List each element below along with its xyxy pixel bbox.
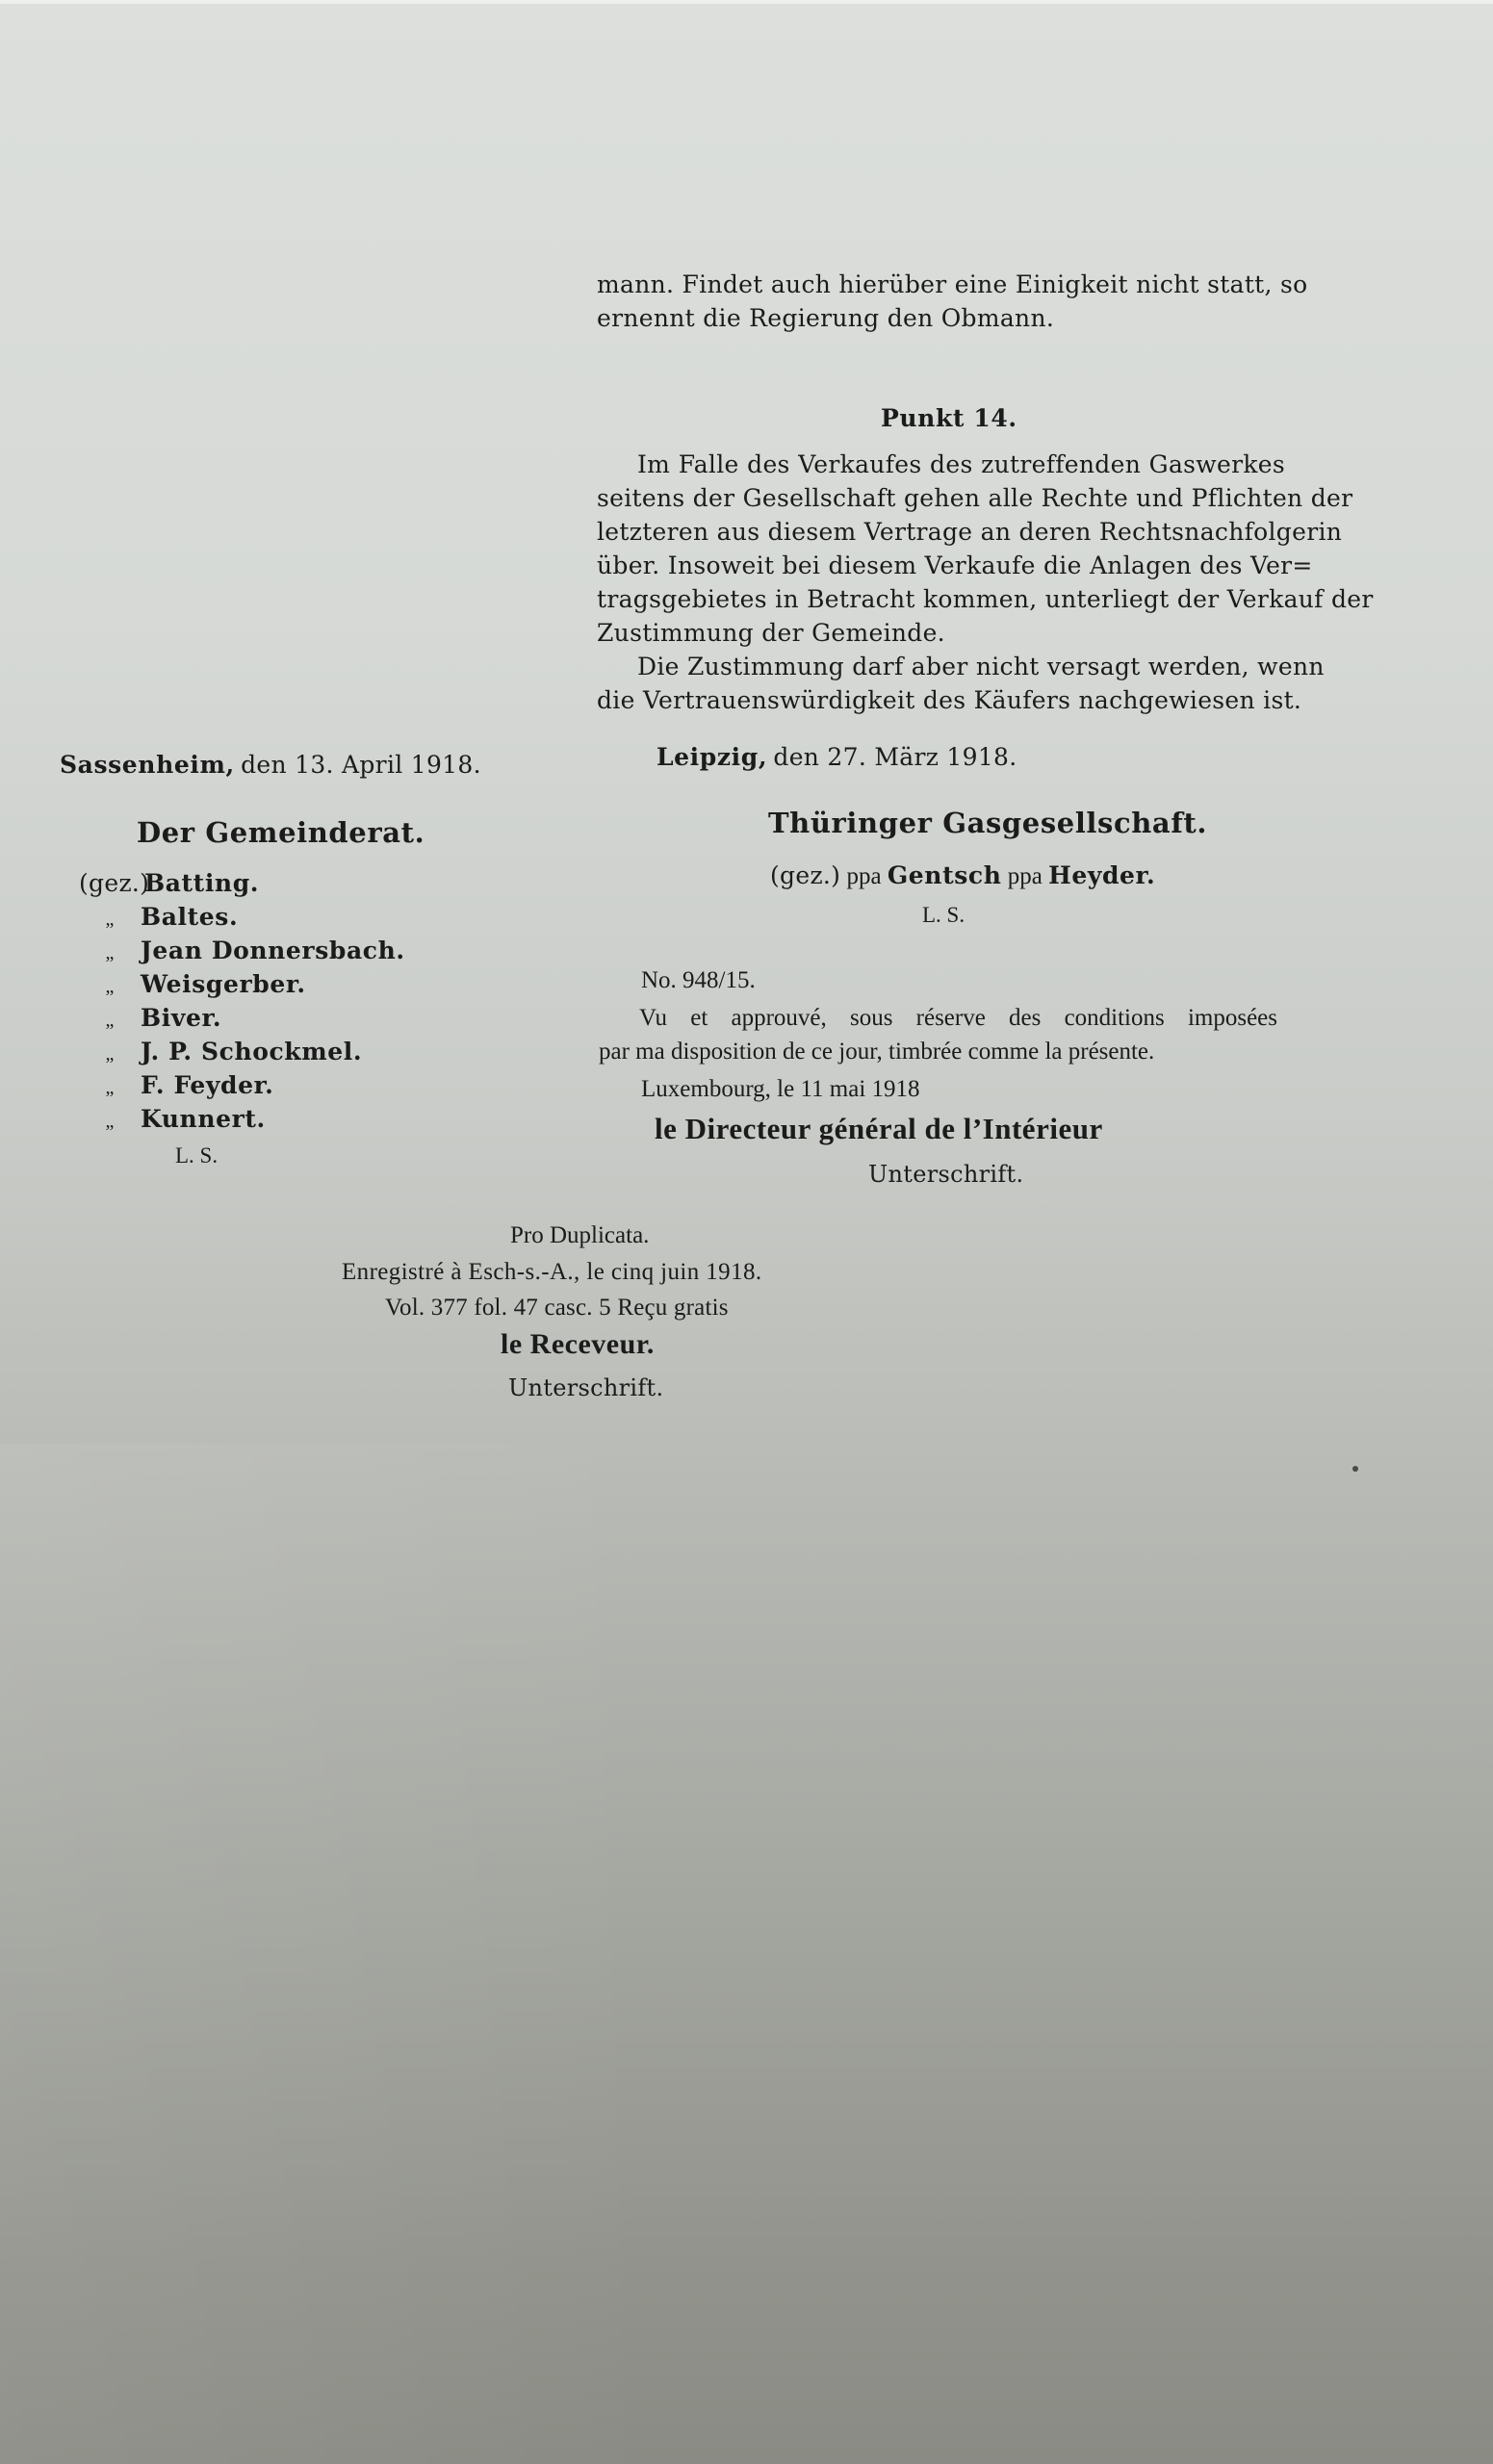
signatory-name: Biver. — [141, 1004, 221, 1032]
paper-speck — [1352, 1466, 1358, 1472]
signatory-row: „Jean Donnersbach. — [79, 934, 405, 967]
text-line: letzteren aus diesem Vertrage an deren R… — [597, 515, 1285, 549]
signatory-row: „F. Feyder. — [79, 1068, 273, 1102]
signatory-row: (gez.)Batting. — [79, 866, 259, 900]
signatory-name: Batting. — [144, 869, 259, 897]
approval-place-date: Luxembourg, le 11 mai 1918 — [641, 1076, 920, 1103]
signer-name: Gentsch — [888, 861, 1002, 889]
registration-signature: Unterschrift. — [508, 1374, 663, 1401]
left-seal: L. S. — [175, 1143, 218, 1168]
text-line: Im Falle des Verkaufes des zutreffenden … — [597, 448, 1285, 481]
right-seal: L. S. — [922, 903, 965, 928]
signatory-name: Baltes. — [141, 903, 238, 931]
text-line: Zustimmung der Gemeinde. — [597, 616, 1285, 650]
signer-name: Heyder. — [1048, 861, 1155, 889]
signed-prefix: (gez.) — [770, 861, 840, 889]
approval-authority: le Directeur général de l’Intérieur — [655, 1112, 1103, 1146]
approval-number: No. 948/15. — [641, 967, 756, 994]
company-signers: (gez.) ppa Gentsch ppa Heyder. — [770, 861, 1155, 890]
signatory-name: Kunnert. — [141, 1105, 266, 1133]
section-paragraph-1: Im Falle des Verkaufes des zutreffenden … — [597, 448, 1285, 650]
signatory-row: „Baltes. — [79, 900, 238, 934]
registration-authority: le Receveur. — [501, 1328, 655, 1361]
text-line: Vu et approuvé, sous réserve des conditi… — [599, 1001, 1277, 1035]
left-body-title: Der Gemeinderat. — [137, 816, 425, 849]
ditto-mark: „ — [79, 1071, 141, 1105]
text-line: ernennt die Regierung den Obmann. — [597, 301, 1285, 335]
section-heading: Punkt 14. — [881, 404, 1017, 432]
right-date: den 27. März 1918. — [773, 743, 1017, 771]
signatory-row: „Biver. — [79, 1001, 221, 1035]
ppa-label: ppa — [846, 863, 881, 889]
text-line: Die Zustimmung darf aber nicht versagt w… — [597, 650, 1285, 683]
left-date: den 13. April 1918. — [241, 751, 481, 779]
right-place-date: Leipzig, den 27. März 1918. — [656, 743, 1017, 772]
page-top-edge — [0, 0, 1493, 4]
registration-title: Pro Duplicata. — [510, 1222, 649, 1249]
paper-shading — [0, 1444, 674, 2464]
continuation-paragraph: mann. Findet auch hierüber eine Einigkei… — [597, 268, 1285, 335]
signatory-row: „J. P. Schockmel. — [79, 1035, 362, 1068]
text-line: die Vertrauenswürdigkeit des Käufers nac… — [597, 683, 1285, 717]
signatory-row: „Kunnert. — [79, 1102, 266, 1136]
registration-line-2: Vol. 377 fol. 47 casc. 5 Reçu gratis — [385, 1295, 729, 1322]
signatory-row: „Weisgerber. — [79, 967, 306, 1001]
ditto-mark: „ — [79, 1004, 141, 1038]
signatory-name: Jean Donnersbach. — [141, 937, 405, 964]
text-line: seitens der Gesellschaft gehen alle Rech… — [597, 481, 1285, 515]
ditto-mark: „ — [79, 937, 141, 970]
approval-text: Vu et approuvé, sous réserve des conditi… — [599, 1001, 1277, 1068]
right-place: Leipzig, — [656, 743, 767, 771]
registration-line-1: Enregistré à Esch-s.-A., le cinq juin 19… — [342, 1259, 762, 1286]
text-line: par ma disposition de ce jour, timbrée c… — [599, 1035, 1277, 1068]
text-line: tragsgebietes in Betracht kommen, unterl… — [597, 582, 1285, 616]
ppa-label: ppa — [1008, 863, 1043, 889]
signatory-name: Weisgerber. — [141, 970, 306, 998]
ditto-mark: „ — [79, 970, 141, 1004]
section-paragraph-2: Die Zustimmung darf aber nicht versagt w… — [597, 650, 1285, 717]
signatory-name: F. Feyder. — [141, 1071, 273, 1099]
signatory-name: J. P. Schockmel. — [141, 1038, 362, 1065]
company-name: Thüringer Gasgesellschaft. — [768, 807, 1207, 839]
left-place: Sassenheim, — [60, 751, 235, 779]
ditto-mark: „ — [79, 1105, 141, 1139]
text-line: über. Insoweit bei diesem Verkaufe die A… — [597, 549, 1285, 582]
ditto-mark: „ — [79, 903, 141, 937]
ditto-mark: „ — [79, 1038, 141, 1071]
signed-prefix: (gez.) — [79, 866, 144, 900]
text-line: mann. Findet auch hierüber eine Einigkei… — [597, 268, 1285, 301]
left-place-date: Sassenheim, den 13. April 1918. — [60, 751, 481, 780]
approval-signature: Unterschrift. — [868, 1161, 1023, 1188]
